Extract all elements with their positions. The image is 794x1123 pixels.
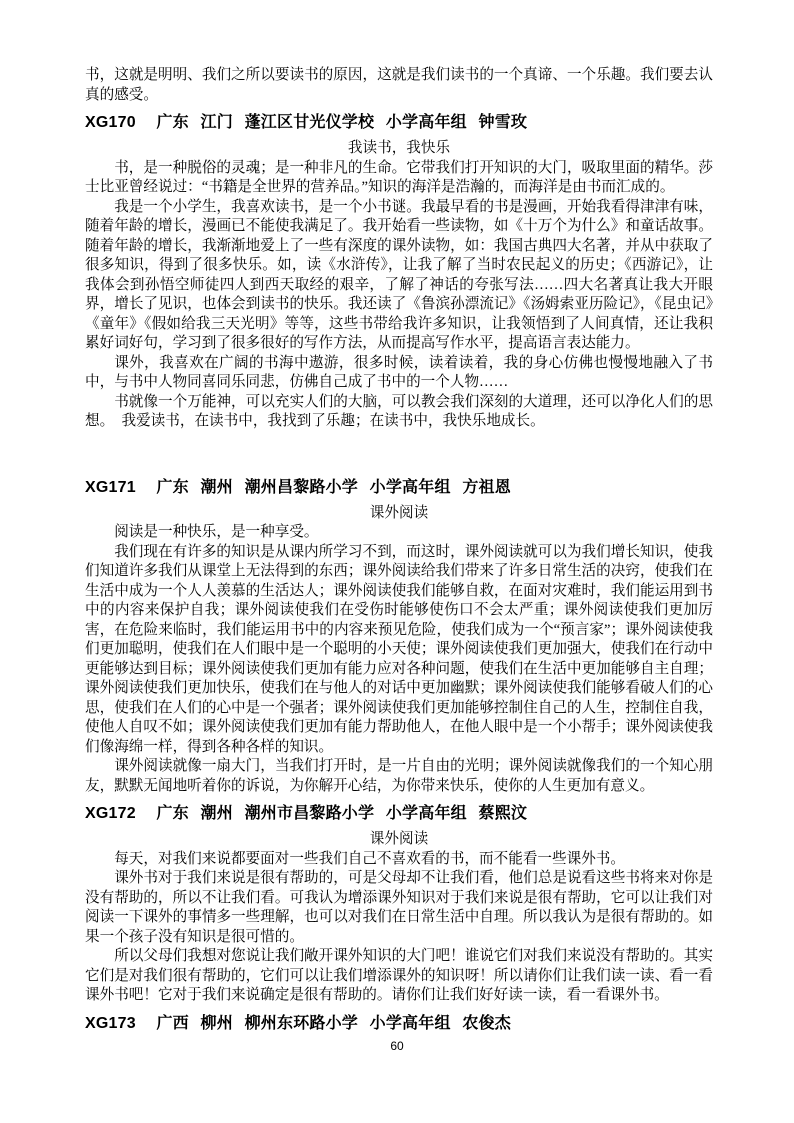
entry-province: 广东 xyxy=(156,114,188,131)
essay-title: 我读书，我快乐 xyxy=(85,139,713,159)
entry-city: 江门 xyxy=(201,114,233,131)
entry-province: 广东 xyxy=(156,805,188,822)
entry-xg172: XG172 广东 潮州 潮州市昌黎路小学 小学高年组 蔡熙汶 课外阅读 每天，对… xyxy=(85,803,713,1006)
essay-title: 课外阅读 xyxy=(85,830,713,850)
essay-paragraph: 每天，对我们来说都要面对一些我们自己不喜欢看的书，而不能看一些课外书。 xyxy=(85,850,713,870)
entry-code: XG173 xyxy=(85,1015,136,1032)
entry-school: 潮州昌黎路小学 xyxy=(245,479,358,496)
essay-paragraph: 我是一个小学生，我喜欢读书，是一个小书谜。我最早看的书是漫画，开始我看得津津有味… xyxy=(85,198,713,354)
essay-paragraph: 课外书对于我们来说是很有帮助的，可是父母却不让我们看，他们总是说看这些书将来对你… xyxy=(85,869,713,947)
entry-group: 小学高年组 xyxy=(386,114,467,131)
entry-header-xg173: XG173 广西 柳州 柳州东环路小学 小学高年组 农俊杰 xyxy=(85,1013,713,1034)
entry-xg170: XG170 广东 江门 蓬江区甘光仪学校 小学高年组 钟雪玫 我读书，我快乐 书… xyxy=(85,112,713,432)
entry-school: 柳州东环路小学 xyxy=(245,1015,358,1032)
essay-paragraph: 我们现在有许多的知识是从课内所学习不到，而这时，课外阅读就可以为我们增长知识，使… xyxy=(85,543,713,758)
entry-code: XG172 xyxy=(85,805,136,822)
essay-paragraph: 课外，我喜欢在广阔的书海中遨游，很多时候，读着读着，我的身心仿佛也慢慢地融入了书… xyxy=(85,354,713,393)
entry-group: 小学高年组 xyxy=(370,1015,451,1032)
continuation-paragraph: 书，这就是明明、我们之所以要读书的原因，这就是我们读书的一个真谛、一个乐趣。我们… xyxy=(85,66,713,105)
entry-author: 方祖恩 xyxy=(462,479,511,496)
entry-author: 蔡熙汶 xyxy=(479,805,528,822)
page-content: 书，这就是明明、我们之所以要读书的原因，这就是我们读书的一个真谛、一个乐趣。我们… xyxy=(85,66,713,1040)
entry-xg171: XG171 广东 潮州 潮州昌黎路小学 小学高年组 方祖恩 课外阅读 阅读是一种… xyxy=(85,477,713,797)
entry-group: 小学高年组 xyxy=(386,805,467,822)
entry-author: 农俊杰 xyxy=(462,1015,511,1032)
entry-city: 潮州 xyxy=(201,805,233,822)
entry-school: 潮州市昌黎路小学 xyxy=(245,805,375,822)
entry-author: 钟雪玫 xyxy=(479,114,528,131)
page-number: 60 xyxy=(0,1039,794,1053)
entry-code: XG171 xyxy=(85,479,136,496)
entry-city: 潮州 xyxy=(201,479,233,496)
document-page: 书，这就是明明、我们之所以要读书的原因，这就是我们读书的一个真谛、一个乐趣。我们… xyxy=(0,0,794,1123)
entry-xg173: XG173 广西 柳州 柳州东环路小学 小学高年组 农俊杰 xyxy=(85,1013,713,1034)
essay-title: 课外阅读 xyxy=(85,504,713,524)
essay-paragraph: 阅读是一种快乐，是一种享受。 xyxy=(85,523,713,543)
entry-header-xg172: XG172 广东 潮州 潮州市昌黎路小学 小学高年组 蔡熙汶 xyxy=(85,803,713,824)
entry-code: XG170 xyxy=(85,114,136,131)
entry-school: 蓬江区甘光仪学校 xyxy=(245,114,375,131)
essay-paragraph: 所以父母们我想对您说让我们敞开课外知识的大门吧！谁说它们对我们来说没有帮助的。其… xyxy=(85,947,713,1006)
essay-paragraph: 课外阅读就像一扇大门，当我们打开时，是一片自由的光明；课外阅读就像我们的一个知心… xyxy=(85,757,713,796)
entry-province: 广东 xyxy=(156,479,188,496)
essay-paragraph: 书，是一种脱俗的灵魂；是一种非凡的生命。它带我们打开知识的大门，吸取里面的精华。… xyxy=(85,159,713,198)
entry-city: 柳州 xyxy=(201,1015,233,1032)
section-gap xyxy=(85,432,713,470)
entry-group: 小学高年组 xyxy=(370,479,451,496)
entry-province: 广西 xyxy=(156,1015,188,1032)
entry-header-xg170: XG170 广东 江门 蓬江区甘光仪学校 小学高年组 钟雪玫 xyxy=(85,112,713,133)
entry-header-xg171: XG171 广东 潮州 潮州昌黎路小学 小学高年组 方祖恩 xyxy=(85,477,713,498)
essay-paragraph: 书就像一个万能神，可以充实人们的大脑，可以教会我们深刻的大道理，还可以净化人们的… xyxy=(85,393,713,432)
